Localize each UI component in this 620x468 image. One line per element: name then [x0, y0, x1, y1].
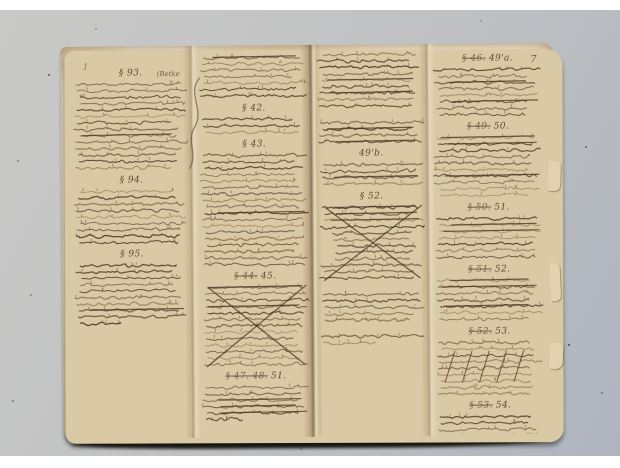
handwriting-stroke [215, 329, 216, 332]
strikethrough-mark [445, 305, 528, 307]
section-number: 51. [271, 372, 287, 382]
handwriting-line [75, 166, 171, 170]
handwriting-line [80, 322, 121, 325]
handwriting-stroke [287, 184, 288, 186]
handwriting-stroke [492, 346, 493, 349]
handwriting-stroke [401, 180, 402, 183]
handwriting-stroke [457, 391, 458, 394]
section-number: 49'b. [359, 149, 384, 159]
handwriting-stroke [239, 354, 240, 357]
handwriting-line [319, 276, 413, 280]
handwriting-stroke [289, 261, 290, 264]
handwriting-stroke [329, 310, 330, 313]
handwriting-stroke [252, 361, 253, 364]
handwriting-stroke [442, 365, 443, 368]
handwriting-line [440, 310, 543, 314]
handwriting-stroke [511, 104, 512, 108]
handwriting-stroke [378, 316, 379, 319]
handwriting-block [434, 214, 544, 263]
handwriting-stroke [387, 262, 388, 265]
handwriting-stroke [388, 83, 389, 86]
handwriting-line [323, 292, 419, 296]
handwriting-line [77, 89, 186, 93]
deckled-edge-tab [548, 161, 561, 192]
handwriting-stroke [146, 87, 147, 90]
manuscript-column-3: 49'b.§ 52. [317, 50, 427, 351]
handwriting-line [323, 163, 422, 167]
manuscript-column-4: § 46.49'a.§ 49.50.§ 50.51.§ 51.52.§ 52.5… [433, 51, 546, 434]
handwriting-stroke [249, 92, 250, 95]
section-heading: § 53.54. [435, 401, 545, 413]
handwriting-line [440, 93, 537, 97]
handwriting-stroke [446, 309, 447, 313]
handwriting-stroke [344, 237, 345, 239]
handwriting-line [437, 354, 533, 358]
handwriting-line [325, 312, 414, 316]
handwriting-stroke [389, 242, 390, 245]
handwriting-line [323, 182, 423, 185]
handwriting-line [320, 169, 415, 174]
handwriting-stroke [138, 158, 139, 161]
section-number: 53. [495, 326, 511, 336]
handwriting-stroke [512, 178, 513, 182]
strikethrough-mark [327, 127, 414, 129]
handwriting-line [439, 148, 540, 152]
handwriting-stroke [85, 219, 86, 223]
handwriting-line [325, 305, 425, 309]
handwriting-stroke [518, 215, 519, 218]
handwriting-stroke [178, 81, 179, 84]
handwriting-stroke [476, 242, 477, 244]
handwriting-line [434, 180, 534, 184]
handwriting-block [201, 383, 311, 425]
handwriting-block [434, 276, 544, 325]
handwriting-line [322, 84, 409, 88]
handwriting-stroke [422, 118, 423, 121]
handwriting-line [438, 242, 533, 246]
handwriting-stroke [393, 249, 394, 252]
handwriting-stroke [239, 316, 240, 319]
handwriting-line [440, 416, 531, 419]
handwriting-stroke [264, 164, 265, 168]
handwriting-stroke [348, 339, 349, 343]
handwriting-line [78, 153, 176, 157]
handwriting-stroke [227, 343, 228, 345]
handwriting-stroke [279, 60, 280, 63]
manuscript-column-1: § 93.§ 94.§ 95. [73, 66, 191, 367]
handwriting-stroke [466, 414, 467, 417]
handwriting-stroke [486, 110, 487, 113]
handwriting-line [76, 302, 178, 306]
handwriting-stroke [171, 301, 172, 303]
handwriting-stroke [172, 80, 173, 83]
handwriting-line [434, 162, 531, 166]
handwriting-line [202, 62, 302, 66]
handwriting-line [442, 347, 534, 351]
handwriting-line [325, 318, 410, 322]
deckled-edge-tab [550, 263, 562, 301]
handwriting-stroke [340, 304, 341, 307]
handwriting-line [202, 186, 298, 189]
handwriting-block [433, 65, 543, 120]
handwriting-stroke [476, 296, 477, 300]
handwriting-line [76, 214, 185, 218]
handwriting-stroke [211, 216, 212, 220]
handwriting-line [207, 311, 303, 315]
handwriting-stroke [291, 191, 292, 193]
handwriting-block [317, 118, 425, 147]
section-number: 45. [261, 271, 277, 281]
handwriting-block [73, 80, 190, 174]
handwriting-line [439, 236, 536, 239]
section-heading: § 95. [74, 249, 190, 261]
handwriting-line [206, 204, 298, 209]
handwriting-stroke [513, 433, 514, 434]
handwriting-line [205, 393, 301, 396]
handwriting-line [322, 298, 420, 302]
handwriting-line [202, 198, 306, 202]
handwriting-line [203, 124, 300, 127]
handwriting-line [80, 189, 174, 193]
handwriting-stroke [300, 253, 301, 257]
handwriting-stroke [459, 413, 460, 417]
handwriting-stroke [514, 160, 515, 163]
handwriting-line [76, 234, 180, 239]
strikethrough-mark [221, 405, 296, 407]
handwriting-stroke [489, 384, 490, 387]
handwriting-line [436, 217, 537, 221]
handwriting-stroke [177, 274, 178, 277]
handwriting-block [199, 53, 309, 102]
handwriting-stroke [318, 97, 319, 99]
handwriting-stroke [223, 291, 224, 293]
handwriting-stroke [339, 339, 340, 342]
section-heading: § 43. [199, 139, 309, 151]
handwriting-stroke [132, 262, 133, 265]
handwriting-line [80, 95, 181, 99]
struck-section-number: § 49. [467, 122, 491, 132]
section-number: § 93. [119, 68, 143, 78]
handwriting-stroke [304, 79, 305, 82]
section-heading: § 52. [318, 191, 426, 203]
handwriting-stroke [165, 164, 166, 167]
handwriting-stroke [303, 291, 304, 293]
handwriting-line [439, 428, 537, 432]
handwriting-block [199, 115, 309, 138]
handwriting-line [200, 179, 296, 183]
handwriting-stroke [524, 295, 525, 299]
section-number: 54. [496, 401, 512, 411]
handwriting-line [201, 192, 302, 196]
handwriting-stroke [462, 371, 463, 375]
handwriting-line [200, 68, 300, 72]
handwriting-stroke [364, 310, 365, 313]
handwriting-stroke [97, 188, 98, 191]
handwriting-line [80, 264, 177, 268]
handwriting-stroke [435, 166, 436, 169]
handwriting-line [80, 289, 176, 293]
handwriting-stroke [168, 281, 169, 284]
strikethrough-mark [212, 56, 296, 58]
handwriting-line [200, 94, 306, 98]
handwriting-line [441, 385, 533, 389]
handwriting-stroke [415, 304, 416, 306]
handwriting-stroke [220, 242, 221, 245]
handwriting-stroke [278, 128, 279, 132]
handwriting-block [435, 338, 545, 399]
handwriting-line [74, 114, 185, 119]
handwriting-stroke [278, 236, 279, 238]
handwriting-stroke [501, 92, 502, 94]
handwriting-block [433, 133, 544, 201]
handwriting-block [435, 413, 545, 434]
handwriting-stroke [373, 261, 374, 265]
handwriting-line [433, 68, 541, 72]
section-number: 51. [494, 203, 510, 213]
handwriting-stroke [242, 297, 243, 300]
handwriting-stroke [267, 115, 268, 119]
handwriting-line [79, 160, 177, 164]
handwriting-block [74, 187, 190, 249]
handwriting-stroke [341, 161, 342, 165]
section-heading: § 49.50. [433, 121, 543, 133]
handwriting-stroke [226, 391, 227, 394]
handwriting-stroke [357, 51, 358, 54]
handwriting-stroke [128, 275, 129, 278]
handwriting-line [319, 65, 418, 69]
handwriting-line [80, 283, 173, 287]
section-number: 49'a. [489, 53, 513, 63]
struck-section-number: § 44. [234, 272, 258, 282]
handwriting-stroke [207, 204, 208, 206]
section-number: 50. [494, 122, 510, 132]
handwriting-line [206, 337, 293, 341]
handwriting-line [318, 98, 414, 101]
handwriting-line [332, 231, 412, 235]
handwriting-stroke [483, 154, 484, 157]
handwriting-stroke [167, 138, 168, 142]
handwriting-line [78, 315, 186, 319]
handwriting-stroke [460, 73, 461, 75]
handwriting-stroke [515, 185, 516, 188]
handwriting-stroke [170, 212, 171, 216]
handwriting-stroke [466, 147, 467, 150]
section-heading: § 94. [73, 175, 189, 187]
handwriting-stroke [289, 384, 290, 387]
handwriting-line [434, 168, 528, 172]
handwriting-line [437, 298, 528, 302]
handwriting-stroke [504, 110, 505, 113]
handwriting-stroke [336, 57, 337, 60]
handwriting-line [77, 120, 171, 124]
handwriting-stroke [155, 288, 156, 290]
handwriting-line [436, 249, 535, 253]
handwriting-stroke [109, 314, 110, 316]
handwriting-line [81, 221, 186, 225]
handwriting-line [207, 243, 299, 247]
handwriting-line [203, 224, 304, 228]
handwriting-line [320, 120, 424, 124]
handwriting-line [434, 155, 530, 159]
strikethrough-mark [336, 140, 416, 142]
handwriting-stroke [375, 254, 376, 258]
handwriting-stroke [438, 372, 439, 374]
strikethrough-mark [449, 81, 526, 83]
handwriting-stroke [413, 242, 414, 245]
handwriting-stroke [76, 295, 77, 298]
handwriting-line [203, 153, 307, 158]
handwriting-line [76, 82, 181, 86]
struck-section-number: § 47. 48. [226, 372, 269, 382]
section-heading: 49'b. [317, 148, 425, 160]
section-heading: § 47. 48.51. [201, 371, 311, 383]
handwriting-line [436, 291, 533, 295]
section-heading: § 44.45. [200, 271, 310, 283]
handwriting-stroke [80, 95, 81, 97]
handwriting-stroke [337, 316, 338, 320]
handwriting-line [438, 341, 529, 345]
dust-specks [0, 10, 2, 12]
handwriting-stroke [493, 73, 494, 75]
handwriting-stroke [262, 229, 263, 232]
handwriting-stroke [255, 172, 256, 175]
slash-mark [496, 350, 506, 382]
handwriting-stroke [512, 345, 513, 348]
handwriting-line [323, 341, 375, 344]
struck-section-number: § 50. [468, 203, 492, 213]
section-heading: § 52.53. [435, 326, 545, 338]
handwriting-stroke [495, 377, 496, 380]
section-number: § 52. [360, 191, 384, 201]
handwriting-stroke [271, 74, 272, 76]
handwriting-line [81, 277, 180, 280]
handwriting-stroke [463, 105, 464, 108]
handwriting-line [204, 250, 293, 253]
handwriting-stroke [176, 300, 177, 303]
handwriting-line [199, 173, 294, 177]
manuscript-paper: 1 7 (Betke § 93.§ 94.§ 95. § 42.§ 43.§ 4… [60, 43, 555, 439]
handwriting-stroke [525, 425, 526, 429]
handwriting-line [205, 292, 306, 295]
section-number: § 95. [120, 249, 144, 259]
handwriting-line [74, 202, 184, 205]
section-number: § 94. [120, 175, 144, 185]
handwriting-stroke [281, 310, 282, 313]
handwriting-line [79, 240, 177, 244]
handwriting-stroke [452, 154, 453, 157]
handwriting-block [319, 332, 427, 349]
handwriting-stroke [282, 354, 283, 357]
handwriting-stroke [83, 94, 84, 98]
section-heading: § 46.49'a. [433, 53, 543, 65]
handwriting-line [317, 59, 409, 63]
handwriting-line [80, 101, 185, 105]
handwriting-line [199, 87, 296, 91]
handwriting-stroke [455, 236, 456, 238]
struck-section-number: § 53. [469, 401, 493, 411]
handwriting-block [74, 261, 191, 329]
handwriting-stroke [321, 119, 322, 122]
handwriting-stroke [221, 336, 222, 339]
struck-section-number: § 52. [469, 326, 493, 336]
handwriting-line [439, 112, 525, 116]
handwriting-stroke [149, 157, 150, 160]
handwriting-line [205, 166, 303, 170]
handwriting-stroke [287, 216, 288, 219]
section-heading: § 42. [199, 103, 309, 115]
handwriting-stroke [82, 269, 83, 272]
handwriting-stroke [285, 115, 286, 118]
handwriting-line [335, 257, 409, 261]
section-number: 52. [495, 264, 511, 274]
handwriting-line [323, 52, 416, 56]
handwriting-stroke [367, 297, 368, 300]
handwriting-stroke [498, 338, 499, 342]
handwriting-line [202, 217, 303, 221]
handwriting-line [323, 72, 412, 76]
handwriting-stroke [456, 352, 457, 355]
handwriting-line [437, 106, 527, 110]
handwriting-line [204, 362, 308, 366]
handwriting-stroke [168, 225, 169, 229]
handwriting-stroke [394, 275, 395, 277]
handwriting-stroke [170, 81, 171, 84]
handwriting-stroke [340, 310, 341, 313]
handwriting-line [77, 108, 185, 112]
handwriting-line [440, 187, 539, 191]
handwriting-stroke [262, 158, 263, 161]
handwriting-stroke [281, 61, 282, 64]
section-heading: § 51.52. [434, 264, 544, 276]
handwriting-stroke [346, 237, 347, 239]
handwriting-block [317, 50, 425, 111]
handwriting-stroke [81, 214, 82, 217]
handwriting-line [438, 74, 527, 78]
section-heading: § 50.51. [434, 202, 544, 214]
handwriting-stroke [228, 172, 229, 174]
handwriting-line [204, 75, 291, 78]
handwriting-line [440, 193, 528, 197]
handwriting-stroke [522, 315, 523, 319]
handwriting-line [439, 317, 528, 321]
handwriting-stroke [236, 291, 237, 293]
handwriting-stroke [86, 87, 87, 90]
handwriting-stroke [83, 187, 84, 191]
handwriting-block [199, 151, 310, 270]
handwriting-stroke [517, 248, 518, 250]
handwriting-line [206, 386, 309, 390]
handwriting-stroke [501, 234, 502, 237]
handwriting-stroke [444, 167, 445, 170]
handwriting-block [317, 160, 425, 189]
handwriting-line [439, 359, 543, 364]
handwriting-stroke [498, 85, 499, 88]
handwriting-stroke [228, 158, 229, 161]
handwriting-line [204, 317, 300, 321]
handwriting-line [76, 208, 179, 212]
handwriting-stroke [450, 415, 451, 417]
handwriting-line [73, 127, 178, 132]
handwriting-line [437, 256, 536, 259]
handwriting-line [75, 146, 181, 150]
handwriting-stroke [126, 120, 127, 122]
handwriting-line [319, 133, 417, 137]
handwriting-line [321, 334, 424, 338]
handwriting-line [203, 160, 295, 164]
handwriting-line [202, 117, 292, 121]
handwriting-stroke [505, 185, 506, 189]
handwriting-stroke [222, 165, 223, 168]
